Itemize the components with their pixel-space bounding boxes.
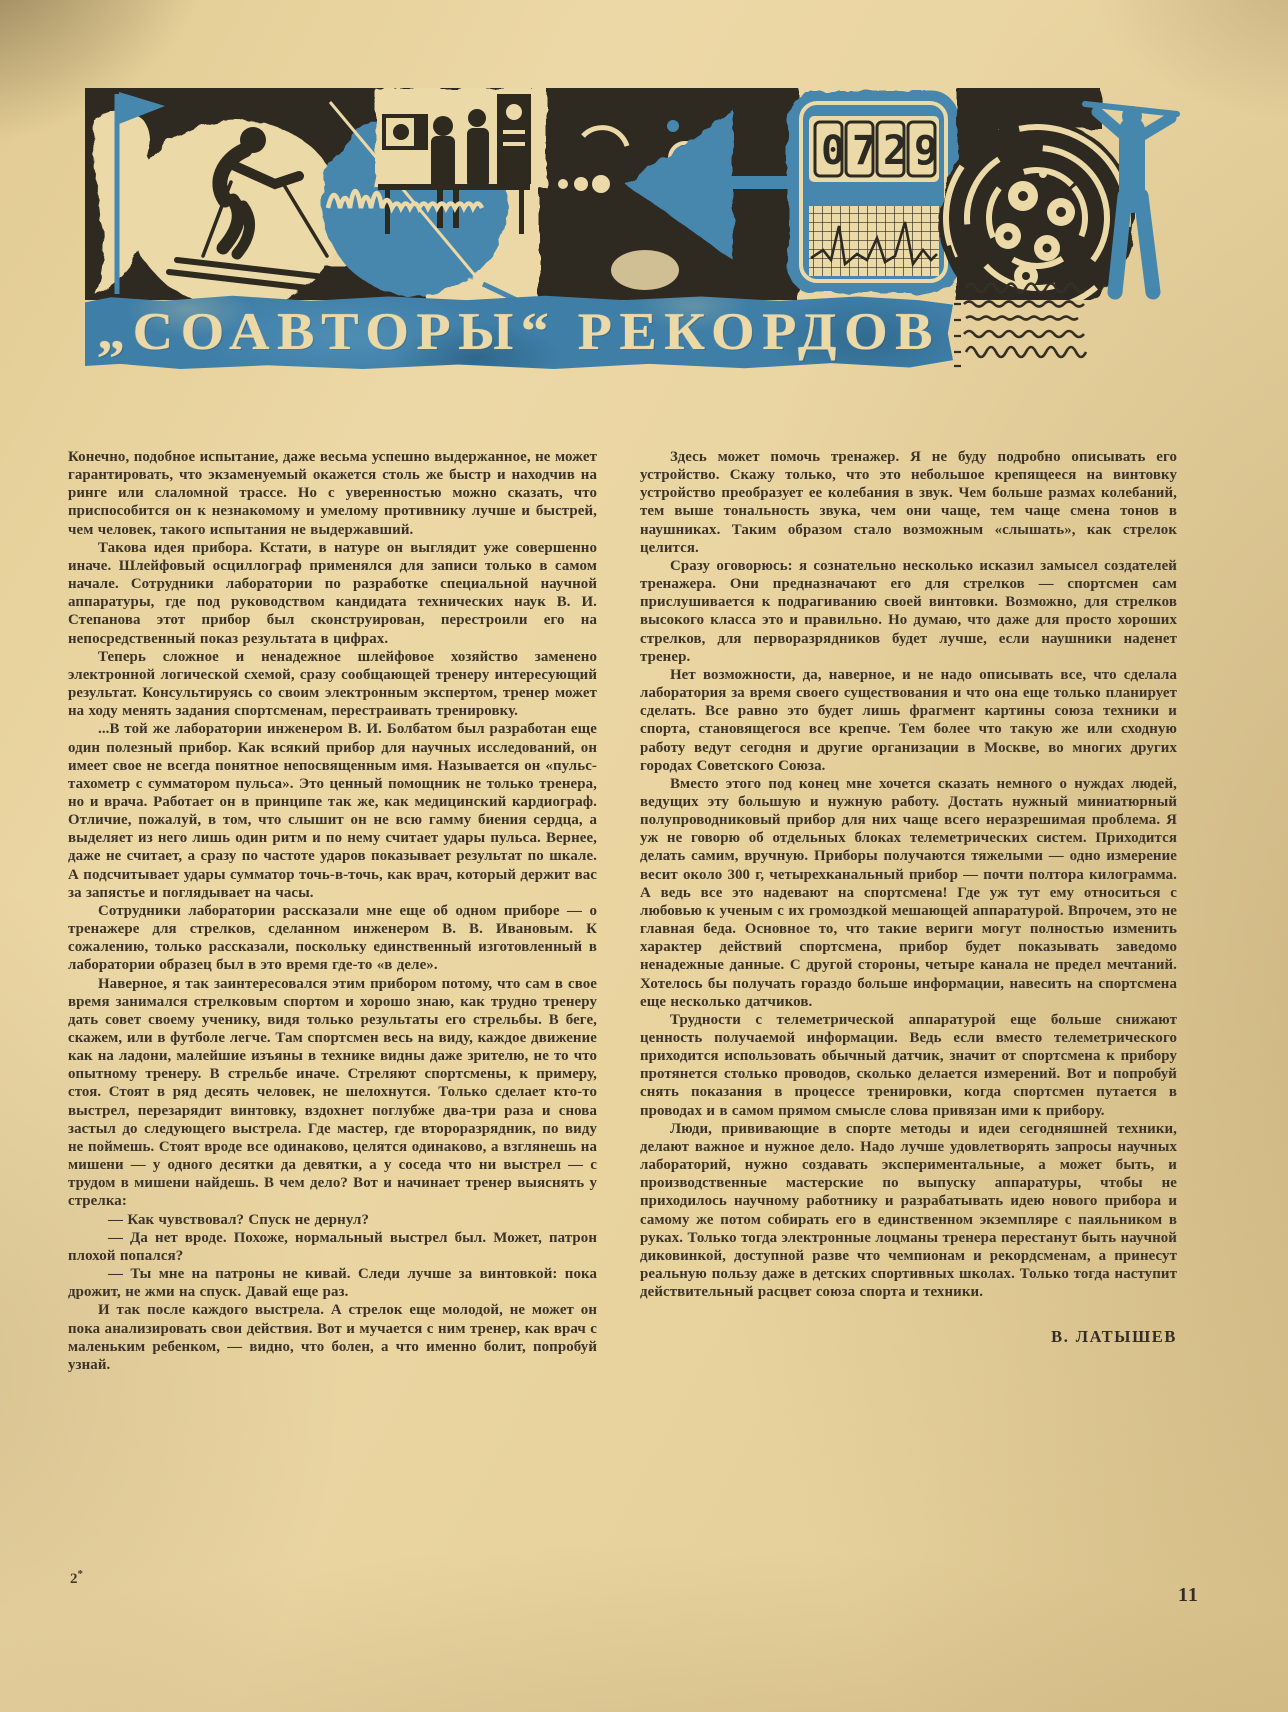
paragraph: Наверное, я так заинтересовался этим при… <box>68 975 597 1211</box>
page-number: 11 <box>1178 1584 1199 1607</box>
paragraph: Теперь сложное и ненадежное шлейфовое хо… <box>68 648 597 721</box>
header-collage: 0 7 2 9 <box>85 88 1180 300</box>
signature-mark: 2* <box>70 1568 83 1588</box>
title-banner: „СОАВТОРЫ“ РЕКОРДОВ <box>85 295 953 369</box>
magazine-page: 0 7 2 9 <box>0 0 1288 1712</box>
column-left: Конечно, подобное испытание, даже весьма… <box>68 448 597 1374</box>
paragraph: — Ты мне на патроны не кивай. Следи лучш… <box>68 1265 597 1301</box>
paragraph: Конечно, подобное испытание, даже весьма… <box>68 448 597 539</box>
pulse-counter-icon: 0 7 2 9 <box>788 91 958 293</box>
counter-window: 0 7 2 9 <box>815 122 938 176</box>
paragraph: Такова идея прибора. Кстати, в натуре он… <box>68 539 597 648</box>
paragraph: Трудности с телеметрической аппаратурой … <box>640 1011 1177 1120</box>
author-signature: В. ЛАТЫШЕВ <box>640 1328 1177 1346</box>
paragraph: Сразу оговорюсь: я сознательно несколько… <box>640 557 1177 666</box>
column-right: Здесь может помочь тренажер. Я не буду п… <box>640 448 1177 1347</box>
counter-digit: 2 <box>883 128 907 174</box>
paragraph: ...В той же лаборатории инженером В. И. … <box>68 720 597 902</box>
paragraph: Вместо этого под конец мне хочется сказа… <box>640 775 1177 1011</box>
oscillogram-icon <box>809 206 939 276</box>
page-title: „СОАВТОРЫ“ РЕКОРДОВ <box>98 295 941 369</box>
header-illustration: 0 7 2 9 <box>85 88 1180 300</box>
paragraph: Сотрудники лаборатории рассказали мне ещ… <box>68 902 597 975</box>
counter-digit: 0 <box>821 128 845 174</box>
counter-digit: 9 <box>914 128 938 174</box>
paragraph: И так после каждого выстрела. А стрелок … <box>68 1301 597 1374</box>
paragraph: Нет возможности, да, наверное, и не надо… <box>640 666 1177 775</box>
paragraph: Здесь может помочь тренажер. Я не буду п… <box>640 448 1177 557</box>
signal-squiggles-icon <box>952 276 1096 372</box>
paragraph: — Да нет вроде. Похоже, нормальный выстр… <box>68 1229 597 1265</box>
paragraph: Люди, прививающие в спорте методы и идеи… <box>640 1120 1177 1302</box>
counter-digit: 7 <box>852 128 876 174</box>
paragraph: — Как чувствовал? Спуск не дернул? <box>68 1211 597 1229</box>
